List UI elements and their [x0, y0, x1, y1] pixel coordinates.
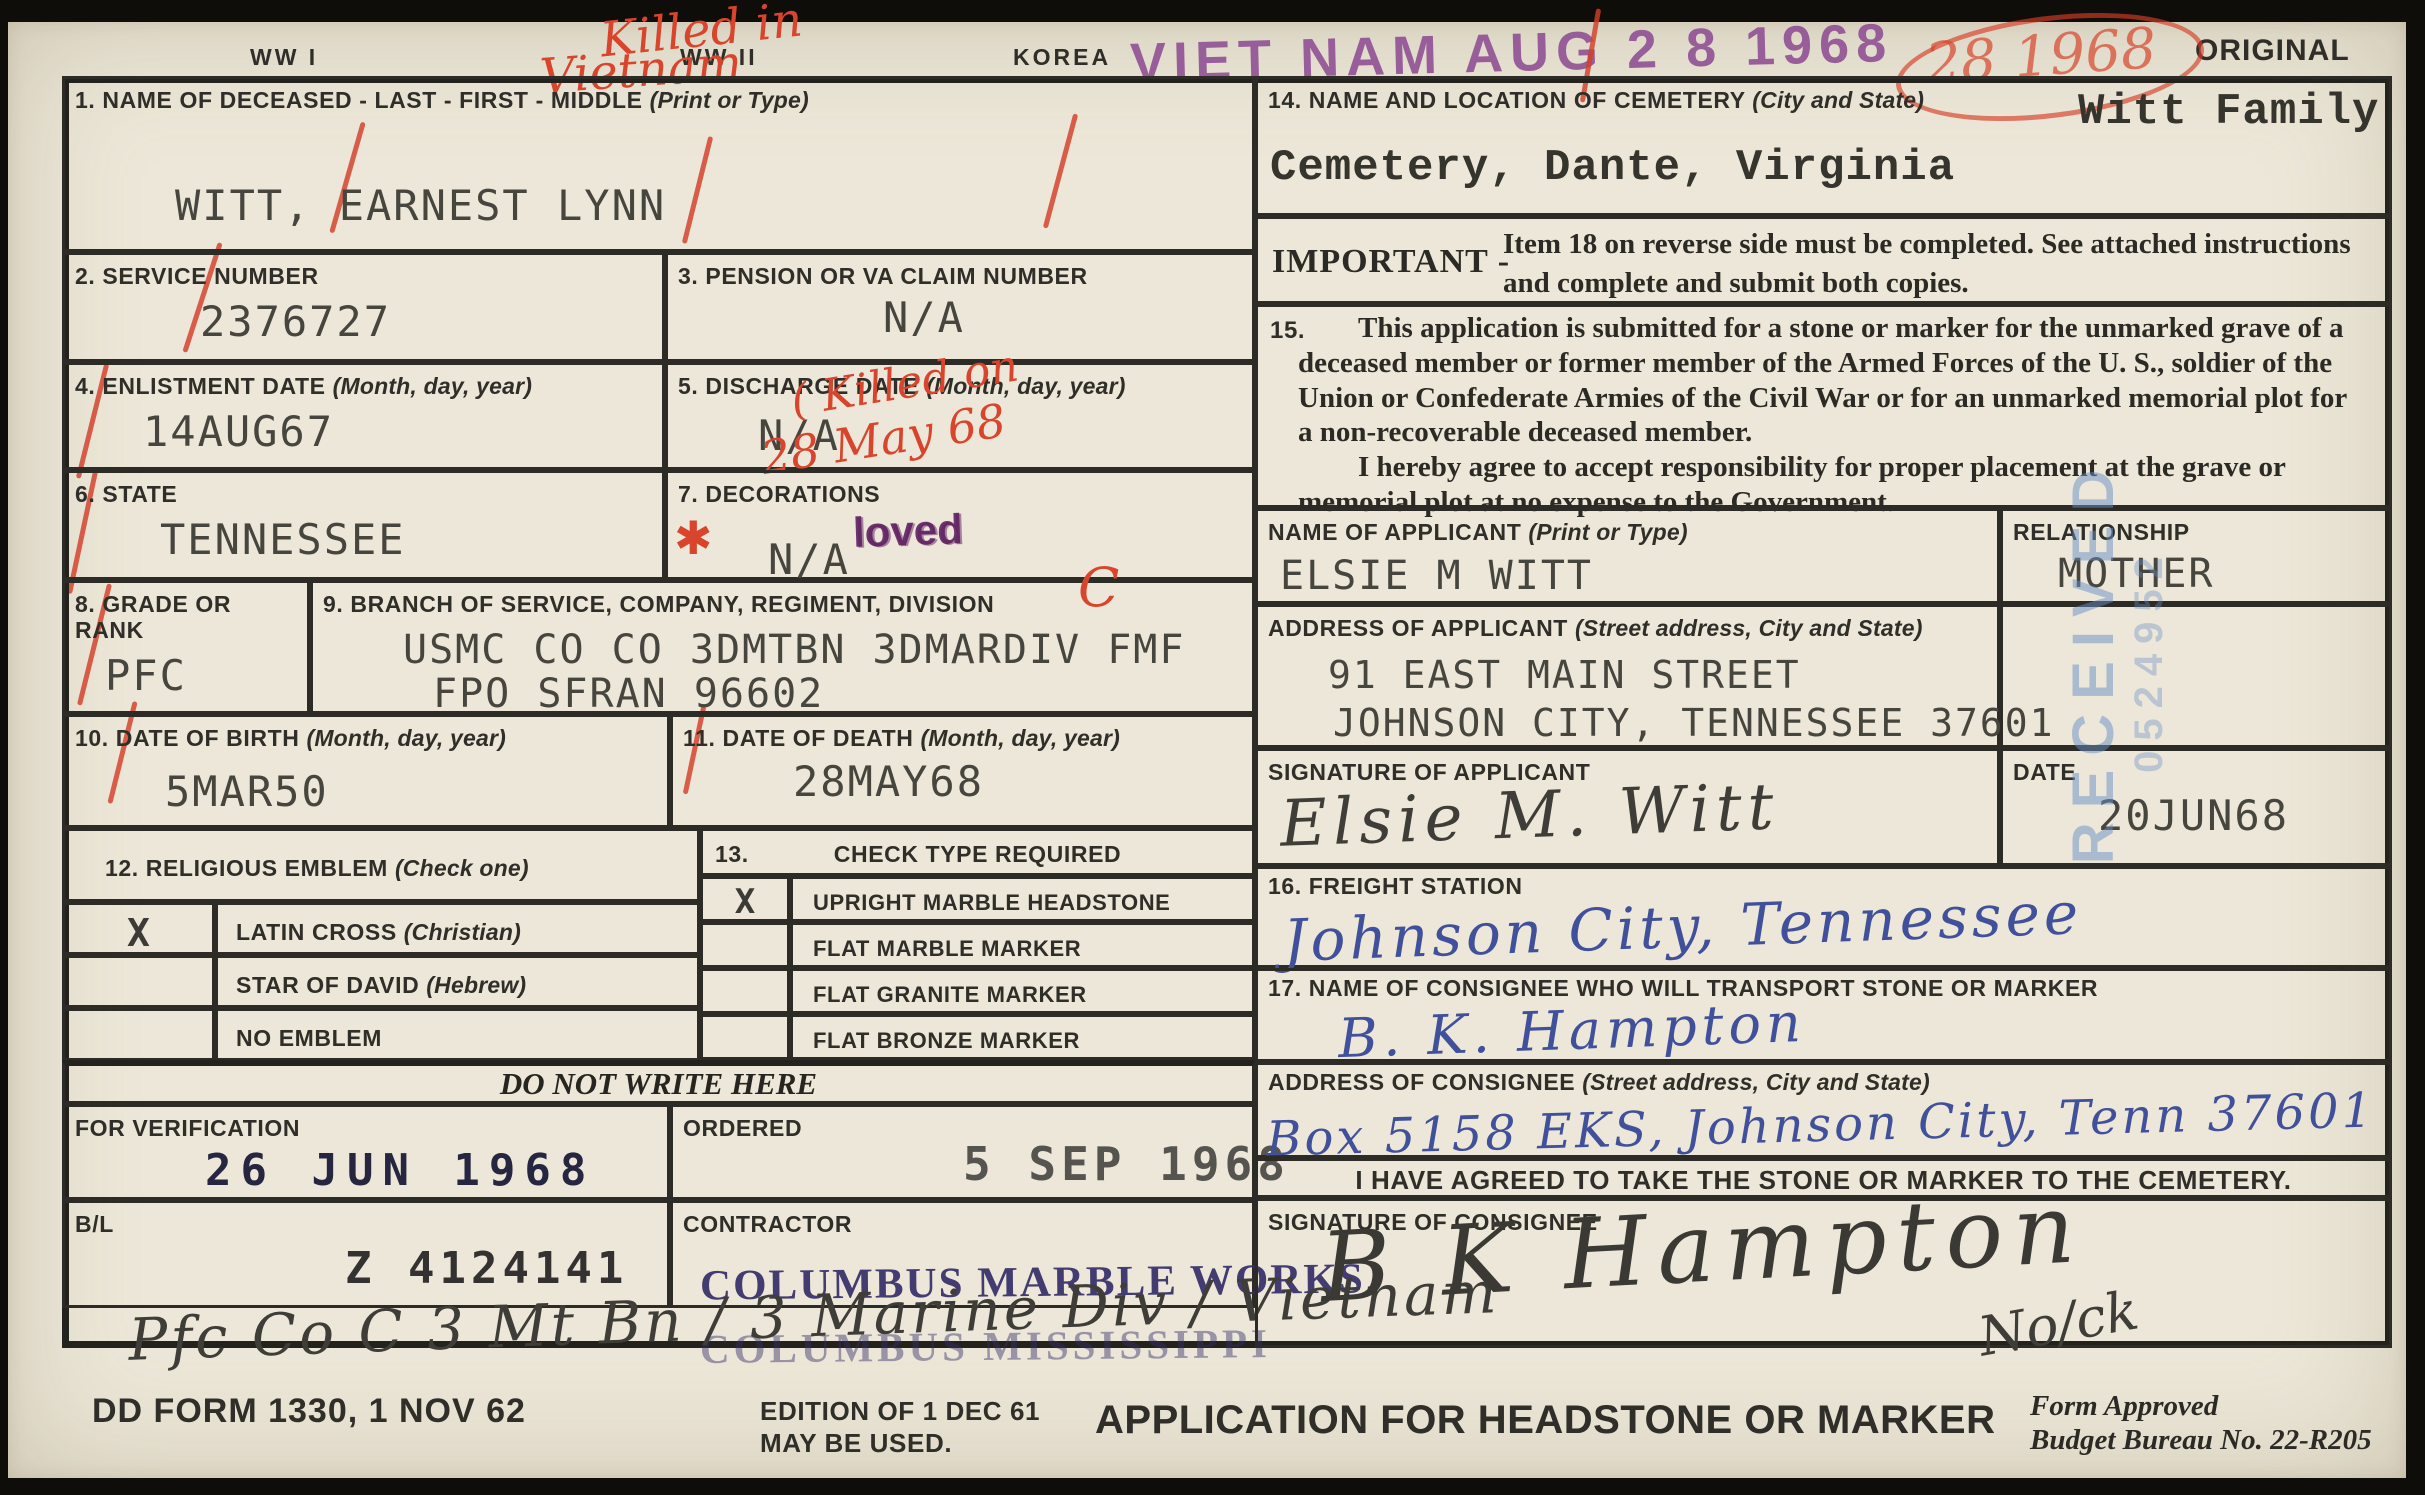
field-grade-rank: 8. GRADE OR RANK PFC: [62, 580, 310, 714]
option-label-note: (Christian): [404, 919, 521, 945]
option-label: LATIN CROSS: [236, 919, 397, 945]
field-label-note: (City and State): [1752, 87, 1924, 113]
emblem-option-no-emblem: NO EMBLEM: [215, 1008, 700, 1061]
type-checkbox-upright-marble: X: [700, 876, 790, 922]
field-state: 6. STATE TENNESSEE: [62, 470, 665, 580]
type-checkbox-flat-granite: [700, 968, 790, 1014]
option-label: STAR OF DAVID: [236, 972, 419, 998]
type-option-flat-granite: FLAT GRANITE MARKER: [790, 968, 1255, 1014]
field-label-note: (Print or Type): [650, 87, 809, 113]
ordered-date-stamp: 5 SEP 1968: [963, 1137, 1290, 1191]
field-for-verification: FOR VERIFICATION 26 JUN 1968: [62, 1104, 670, 1200]
field-label: 8. GRADE OR RANK: [75, 591, 290, 644]
do-not-write-label: DO NOT WRITE HERE: [65, 1066, 1252, 1102]
field-date-of-death: 11. DATE OF DEATH (Month, day, year) 28M…: [670, 714, 1255, 828]
field-label: NAME OF APPLICANT: [1268, 519, 1521, 545]
date-of-death-value: 28MAY68: [793, 757, 984, 806]
field-enlistment-date: 4. ENLISTMENT DATE (Month, day, year) 14…: [62, 362, 665, 470]
field-pension-claim-number: 3. PENSION OR VA CLAIM NUMBER N/A: [665, 252, 1255, 362]
field-label: FOR VERIFICATION: [75, 1115, 300, 1142]
field-label-note: (Month, day, year): [920, 725, 1120, 751]
form-approved-line1: Form Approved: [2030, 1390, 2218, 1423]
state-value: TENNESSEE: [160, 515, 406, 564]
important-note: IMPORTANT - Item 18 on reverse side must…: [1255, 216, 2392, 304]
type-checkbox-flat-bronze: [700, 1014, 790, 1060]
do-not-write-banner: DO NOT WRITE HERE: [62, 1060, 1255, 1104]
option-label-note: (Hebrew): [426, 972, 526, 998]
form-id: DD FORM 1330, 1 NOV 62: [92, 1392, 526, 1431]
field-label: 16. FREIGHT STATION: [1268, 873, 1523, 900]
field-consignee-address: ADDRESS OF CONSIGNEE (Street address, Ci…: [1255, 1062, 2392, 1158]
field-label-note: (Street address, City and State): [1575, 615, 1923, 641]
type-checkbox-flat-marble: [700, 922, 790, 968]
war-label-korea: KOREA: [1013, 44, 1111, 71]
grade-rank-value: PFC: [105, 651, 187, 700]
field-label: 10. DATE OF BIRTH: [75, 725, 299, 751]
field-cemetery-location: 14. NAME AND LOCATION OF CEMETERY (City …: [1255, 76, 2392, 216]
field-applicant-name: NAME OF APPLICANT (Print or Type) ELSIE …: [1255, 508, 2000, 604]
decorations-value: N/A: [768, 535, 850, 584]
emblem-checkbox-star-of-david: [62, 955, 215, 1008]
emblem-option-star-of-david: STAR OF DAVID (Hebrew): [215, 955, 700, 1008]
verification-date-stamp: 26 JUN 1968: [205, 1145, 595, 1196]
received-stamp-word: RECEIVED: [2060, 380, 2127, 940]
field-applicant-address: ADDRESS OF APPLICANT (Street address, Ci…: [1255, 604, 2000, 748]
field-label: 1. NAME OF DECEASED - LAST - FIRST - MID…: [75, 87, 643, 113]
option-label: UPRIGHT MARBLE HEADSTONE: [813, 890, 1170, 916]
cemetery-name-line1: Witt Family: [2078, 87, 2379, 137]
important-label: IMPORTANT -: [1272, 243, 1510, 281]
field-label: 7. DECORATIONS: [678, 481, 880, 508]
form-title: APPLICATION FOR HEADSTONE OR MARKER: [1095, 1398, 1996, 1443]
applicant-address-line2: JOHNSON CITY, TENNESSEE 37601: [1333, 701, 2054, 745]
field-label-note: (Month, day, year): [333, 373, 533, 399]
field-label: 2. SERVICE NUMBER: [75, 263, 319, 290]
war-label-ww1: WW I: [250, 44, 318, 71]
field-decorations: 7. DECORATIONS ✱ N/A loved: [665, 470, 1255, 580]
field-label-note: (Street address, City and State): [1582, 1069, 1930, 1095]
date-of-birth-value: 5MAR50: [165, 767, 329, 816]
check-x-mark: X: [703, 882, 787, 922]
branch-line1-value: USMC CO CO 3DMTBN 3DMARDIV FMF: [403, 627, 1185, 673]
field-label-note: (Print or Type): [1528, 519, 1687, 545]
type-option-flat-bronze: FLAT BRONZE MARKER: [790, 1014, 1255, 1060]
field-label: 6. STATE: [75, 481, 177, 508]
received-stamp: RECEIVED 0524952: [2060, 380, 2260, 940]
enlistment-date-value: 14AUG67: [143, 407, 334, 456]
field-label: 11. DATE OF DEATH: [683, 725, 913, 751]
form-approved-line2: Budget Bureau No. 22-R205: [2030, 1424, 2372, 1457]
field-label: CONTRACTOR: [683, 1211, 852, 1238]
field-label: 3. PENSION OR VA CLAIM NUMBER: [678, 263, 1088, 290]
field-check-type-required: 13. CHECK TYPE REQUIRED: [700, 828, 1255, 876]
original-label: ORIGINAL: [2195, 34, 2350, 68]
type-option-flat-marble: FLAT MARBLE MARKER: [790, 922, 1255, 968]
red-asterisk-mark: ✱: [674, 511, 713, 565]
field-label-note: (Month, day, year): [306, 725, 506, 751]
emblem-option-latin-cross: LATIN CROSS (Christian): [215, 902, 700, 955]
field-label: 9. BRANCH OF SERVICE, COMPANY, REGIMENT,…: [323, 591, 994, 618]
field-label: 4. ENLISTMENT DATE: [75, 373, 326, 399]
emblem-checkbox-no-emblem: [62, 1008, 215, 1061]
applicant-name-value: ELSIE M WITT: [1280, 553, 1593, 599]
field-label: B/L: [75, 1211, 114, 1238]
important-text: Item 18 on reverse side must be complete…: [1503, 225, 2383, 303]
branch-line2-value: FPO SFRAN 96602: [433, 671, 824, 717]
option-label: FLAT MARBLE MARKER: [813, 936, 1081, 962]
field-label: 14. NAME AND LOCATION OF CEMETERY: [1268, 87, 1745, 113]
field-label-note: (Check one): [395, 855, 529, 881]
field-religious-emblem: 12. RELIGIOUS EMBLEM (Check one): [62, 828, 700, 902]
applicant-address-line1: 91 EAST MAIN STREET: [1328, 653, 1801, 697]
field-service-number: 2. SERVICE NUMBER 2376727: [62, 252, 665, 362]
purple-loved-stamp: loved: [852, 505, 963, 557]
cemetery-name-line2: Cemetery, Dante, Virginia: [1270, 143, 1955, 193]
edition-note-line2: MAY BE USED.: [760, 1428, 952, 1459]
field-applicant-signature: SIGNATURE OF APPLICANT Elsie M. Witt: [1255, 748, 2000, 866]
field-date-of-birth: 10. DATE OF BIRTH (Month, day, year) 5MA…: [62, 714, 670, 828]
red-correction-c: C: [1078, 556, 1119, 619]
edition-note-line1: EDITION OF 1 DEC 61: [760, 1396, 1040, 1427]
pension-claim-value: N/A: [883, 293, 965, 342]
option-label: FLAT GRANITE MARKER: [813, 982, 1087, 1008]
field-label: ADDRESS OF CONSIGNEE: [1268, 1069, 1575, 1095]
field-label: CHECK TYPE REQUIRED: [703, 841, 1252, 868]
field-name-of-deceased: 1. NAME OF DECEASED - LAST - FIRST - MID…: [62, 76, 1255, 252]
consignee-name-handwriting: B. K. Hampton: [1337, 991, 1807, 1070]
field-label: ADDRESS OF APPLICANT: [1268, 615, 1568, 641]
field-label: 12. RELIGIOUS EMBLEM: [105, 855, 388, 881]
option-label: NO EMBLEM: [236, 1025, 382, 1051]
received-stamp-number: 0524952: [2127, 380, 2172, 940]
field-label: ORDERED: [683, 1115, 802, 1142]
check-x-mark: X: [65, 911, 212, 955]
field-consignee-name: 17. NAME OF CONSIGNEE WHO WILL TRANSPORT…: [1255, 968, 2392, 1062]
emblem-checkbox-latin-cross: X: [62, 902, 215, 955]
bl-number-value: Z 4124141: [345, 1243, 628, 1294]
service-number-value: 2376727: [200, 297, 391, 346]
field-ordered: ORDERED 5 SEP 1968: [670, 1104, 1255, 1200]
option-label: FLAT BRONZE MARKER: [813, 1028, 1080, 1054]
deceased-name-value: WITT, EARNEST LYNN: [175, 181, 666, 230]
type-option-upright-marble: UPRIGHT MARBLE HEADSTONE: [790, 876, 1255, 922]
